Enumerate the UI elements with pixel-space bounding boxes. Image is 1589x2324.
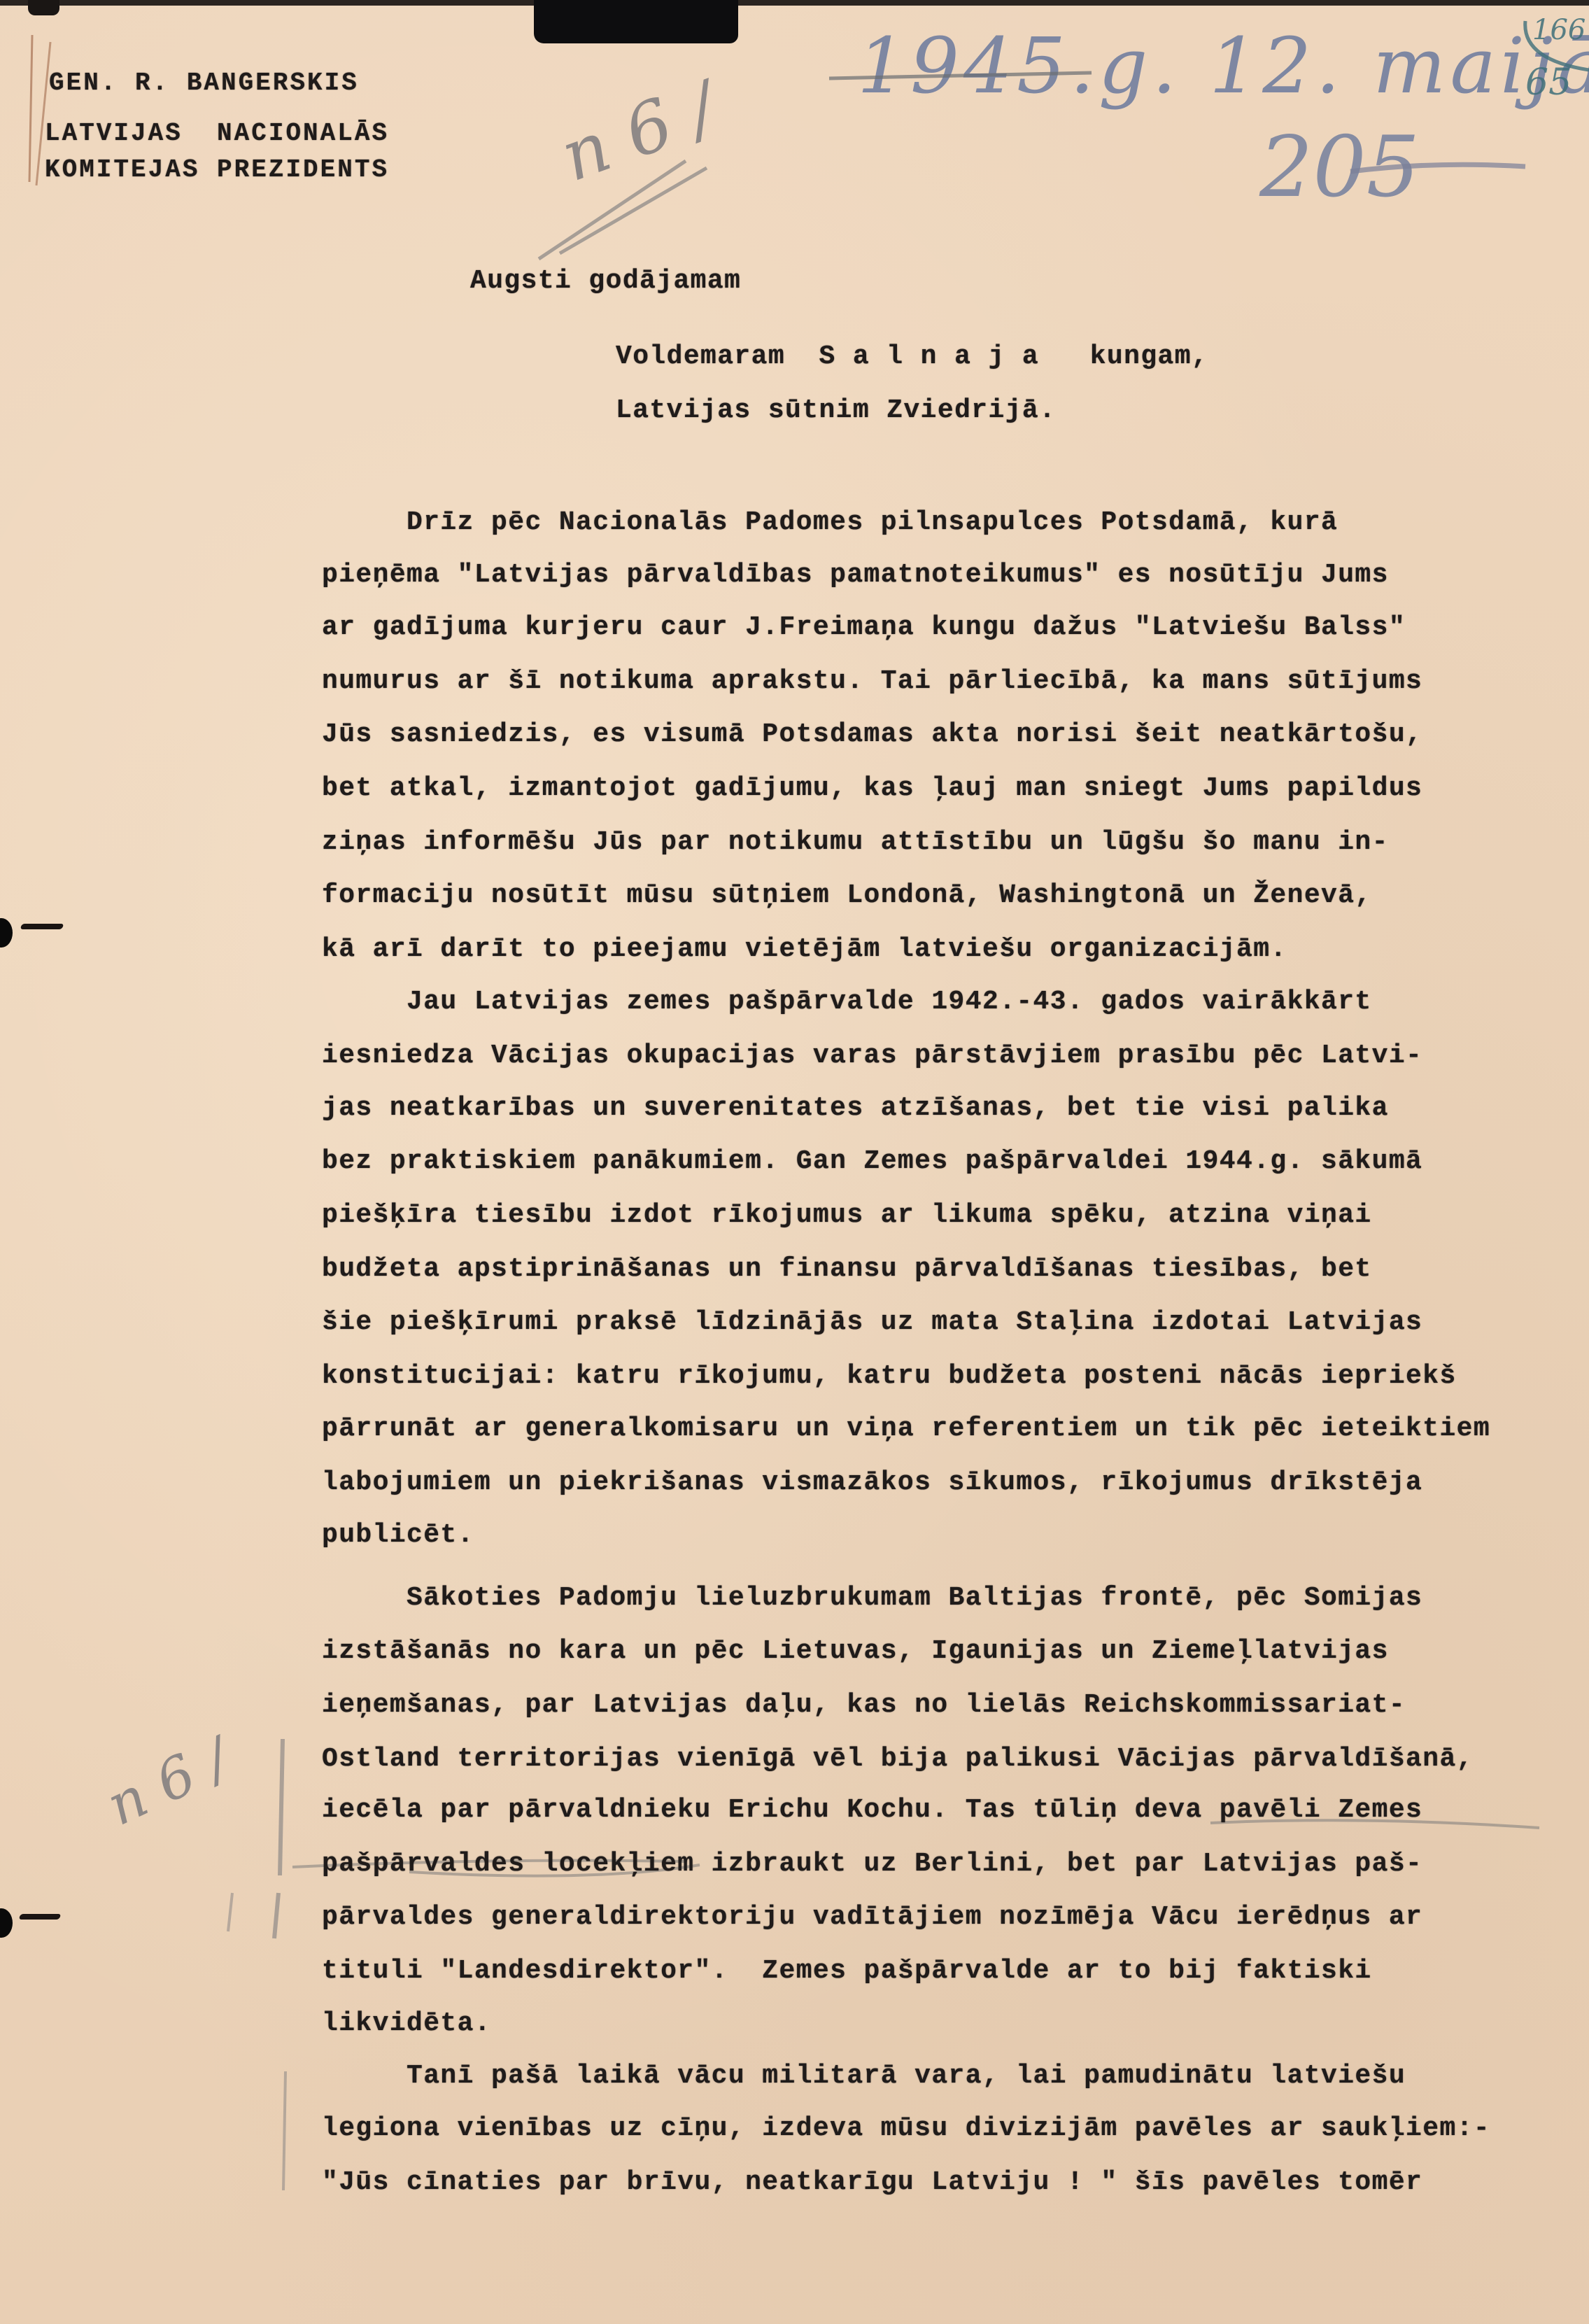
body-line: pārrunāt ar generalkomisaru un viņa refe…: [322, 1414, 1490, 1444]
body-line: iesniedza Vācijas okupacijas varas pārst…: [322, 1041, 1422, 1071]
body-line: pieņēma "Latvijas pārvaldības pamatnotei…: [322, 560, 1389, 590]
body-line: tituli "Landesdirektor". Zemes pašpārval…: [322, 1956, 1372, 1986]
salutation: Augsti godājamam: [470, 266, 741, 296]
body-line: labojumiem un piekrišanas vismazākos sīk…: [322, 1467, 1422, 1498]
body-line: iecēla par pārvaldnieku Erichu Kochu. Ta…: [322, 1795, 1422, 1825]
body-line: likvidēta.: [322, 2008, 491, 2038]
body-line: formaciju nosūtīt mūsu sūtņiem Londonā, …: [322, 880, 1372, 910]
body-line: "Jūs cīnaties par brīvu, neatkarīgu Latv…: [322, 2167, 1422, 2197]
addressee-name: Voldemaram S a l n a j a kungam,: [616, 341, 1208, 372]
body-line: konstitucijai: katru rīkojumu, katru bud…: [322, 1361, 1457, 1391]
body-line: bez praktiskiem panākumiem. Gan Zemes pa…: [322, 1146, 1422, 1176]
body-line: jas neatkarības un suverenitates atzīšan…: [322, 1093, 1389, 1123]
body-line: publicēt.: [322, 1520, 474, 1550]
body-line: Sākoties Padomju lieluzbrukumam Baltijas…: [322, 1583, 1422, 1613]
body-line: Ostland territorijas vienīgā vēl bija pa…: [322, 1744, 1474, 1774]
body-line: piešķīra tiesību izdot rīkojumus ar liku…: [322, 1200, 1372, 1230]
body-line: pašpārvaldes locekļiem izbraukt uz Berli…: [322, 1849, 1422, 1879]
body-line: šie piešķīrumi praksē līdzinājās uz mata…: [322, 1307, 1422, 1337]
body-line: izstāšanās no kara un pēc Lietuvas, Igau…: [322, 1636, 1389, 1666]
body-line: ar gadījuma kurjeru caur J.Freimaņa kung…: [322, 612, 1406, 642]
addressee-title: Latvijas sūtnim Zviedrijā.: [616, 395, 1056, 425]
body-line: numurus ar šī notikuma aprakstu. Tai pār…: [322, 666, 1422, 696]
body-line: Jūs sasniedzis, es visumā Potsdamas akta…: [322, 719, 1422, 749]
body-line: bet atkal, izmantojot gadījumu, kas ļauj…: [322, 773, 1422, 803]
body-line: Jau Latvijas zemes pašpārvalde 1942.-43.…: [322, 987, 1372, 1017]
body-line: kā arī darīt to pieejamu vietējām latvie…: [322, 934, 1287, 964]
body-line: ieņemšanas, par Latvijas daļu, kas no li…: [322, 1690, 1406, 1720]
body-line: legiona vienības uz cīņu, izdeva mūsu di…: [322, 2113, 1490, 2143]
body-line: Tanī pašā laikā vācu militarā vara, lai …: [322, 2061, 1406, 2091]
body-line: budžeta apstiprināšanas un finansu pārva…: [322, 1254, 1372, 1284]
body-line: pārvaldes generaldirektoriju vadītājiem …: [322, 1902, 1422, 1932]
body-line: Drīz pēc Nacionalās Padomes pilnsapulces…: [322, 507, 1338, 537]
body-line: ziņas informēšu Jūs par notikumu attīstī…: [322, 827, 1389, 857]
